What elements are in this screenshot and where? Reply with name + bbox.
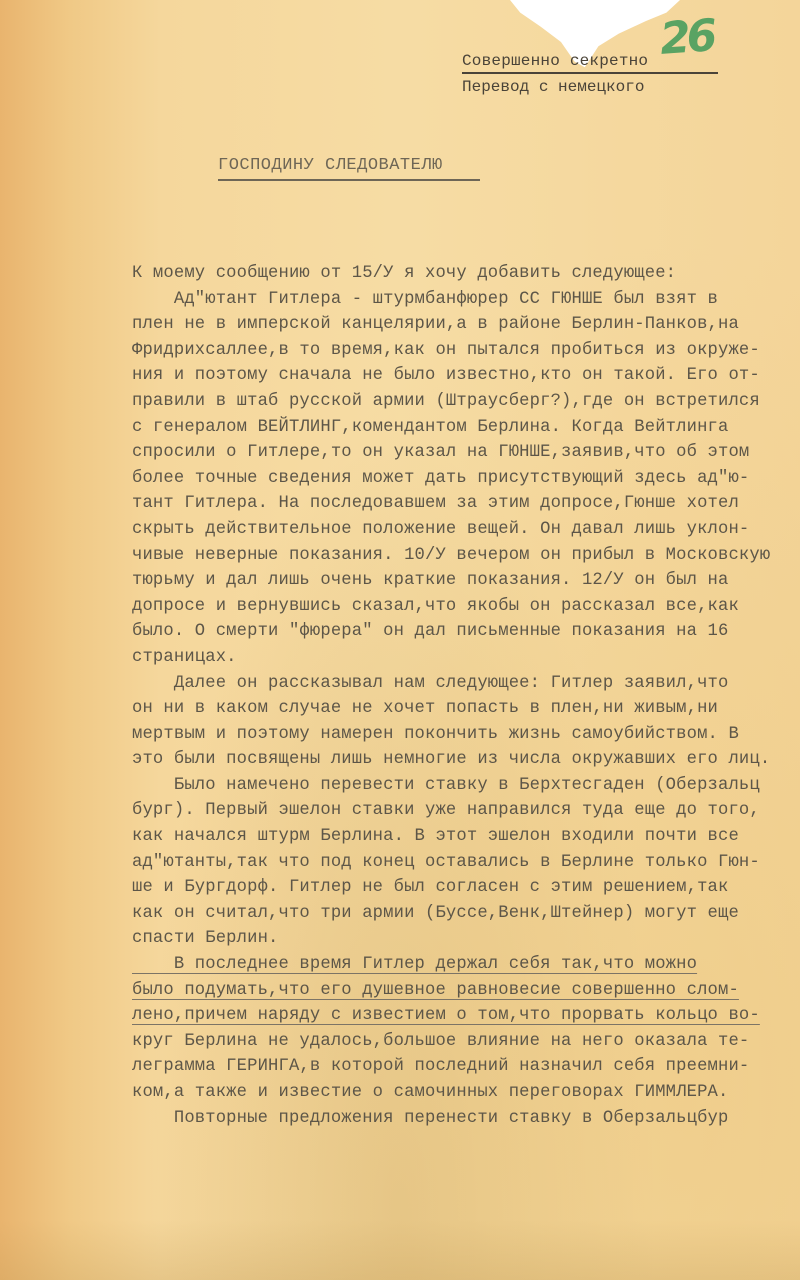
document-line: тюрьму и дал лишь очень краткие показани… <box>132 568 800 594</box>
document-line: Повторные предложения перенести ставку в… <box>132 1106 800 1132</box>
document-line: ад"ютанты,так что под конец оставались в… <box>132 850 800 876</box>
document-line: он ни в каком случае не хочет попасть в … <box>132 696 800 722</box>
document-line: чивые неверные показания. 10/У вечером о… <box>132 543 800 569</box>
document-line: с генералом ВЕЙТЛИНГ,комендантом Берлина… <box>132 415 800 441</box>
document-line: как он считал,что три армии (Буссе,Венк,… <box>132 901 800 927</box>
document-line: Фридрихсаллее,в то время,как он пытался … <box>132 338 800 364</box>
document-line: лено,причем наряду с известием о том,что… <box>132 1003 800 1029</box>
document-line: ком,а также и известие о самочинных пере… <box>132 1080 800 1106</box>
document-line: спасти Берлин. <box>132 926 800 952</box>
document-line: как начался штурм Берлина. В этот эшелон… <box>132 824 800 850</box>
document-line: К моему сообщению от 15/У я хочу добавит… <box>132 261 800 287</box>
document-line: правили в штаб русской армии (Штраусберг… <box>132 389 800 415</box>
document-line: ше и Бургдорф. Гитлер не был согласен с … <box>132 875 800 901</box>
document-line: было. О смерти "фюрера" он дал письменны… <box>132 619 800 645</box>
document-line: допросе и вернувшись сказал,что якобы он… <box>132 594 800 620</box>
document-line: Далее он рассказывал нам следующее: Гитл… <box>132 671 800 697</box>
document-line: скрыть действительное положение вещей. О… <box>132 517 800 543</box>
document-line: бург). Первый эшелон ставки уже направил… <box>132 798 800 824</box>
document-line: более точные сведения может дать присутс… <box>132 466 800 492</box>
document-line: было подумать,что его душевное равновеси… <box>132 978 800 1004</box>
paper-shading <box>0 1220 800 1280</box>
document-line: леграмма ГЕРИНГА,в которой последний наз… <box>132 1054 800 1080</box>
document-line: В последнее время Гитлер держал себя так… <box>132 952 800 978</box>
document-line: плен не в имперской канцелярии,а в район… <box>132 312 800 338</box>
document-line: спросили о Гитлере,то он указал на ГЮНШЕ… <box>132 440 800 466</box>
document-line: круг Берлина не удалось,большое влияние … <box>132 1029 800 1055</box>
addressee-heading: ГОСПОДИНУ СЛЕДОВАТЕЛЮ <box>218 156 480 181</box>
document-line: это были посвящены лишь немногие из числ… <box>132 747 800 773</box>
document-line: мертвым и поэтому намерен покончить жизн… <box>132 722 800 748</box>
document-line: тант Гитлера. На последовавшем за этим д… <box>132 491 800 517</box>
document-line: Было намечено перевести ставку в Берхтес… <box>132 773 800 799</box>
classification-label: Совершенно секретно <box>462 52 718 74</box>
document-line: ния и поэтому сначала не было известно,к… <box>132 363 800 389</box>
translation-note: Перевод с немецкого <box>462 78 644 96</box>
document-line: страницах. <box>132 645 800 671</box>
document-body: К моему сообщению от 15/У я хочу добавит… <box>132 261 800 1131</box>
document-line: Ад"ютант Гитлера - штурмбанфюрер СС ГЮНШ… <box>132 287 800 313</box>
